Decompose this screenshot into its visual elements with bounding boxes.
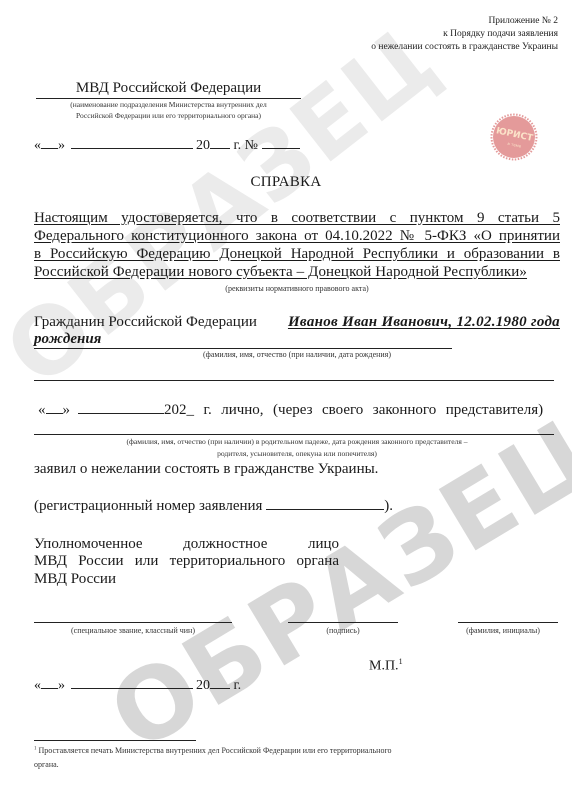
citizen-caption: (фамилия, имя, отчество (при наличии, да… xyxy=(34,350,560,359)
number-label: г. № xyxy=(234,138,259,153)
citizen-name-line-2: рождения xyxy=(34,331,101,348)
app-close-quote: » xyxy=(63,402,71,419)
citizen-name: Иванов Иван Иванович, 12.02.1980 года xyxy=(288,314,560,331)
certification-line-4: Российской Федерации нового субъекта – Д… xyxy=(34,264,527,281)
app-month-field[interactable] xyxy=(78,401,164,414)
footnote-ref: 1 xyxy=(34,746,37,751)
citizen-prefix: Гражданин Российской Федерации xyxy=(34,314,257,331)
representative-caption-1: (фамилия, имя, отчество (при наличии) в … xyxy=(34,437,560,446)
year-field[interactable] xyxy=(210,136,230,149)
citizen-line-1: Гражданин Российской Федерации Иванов Ив… xyxy=(34,314,560,331)
registration-line: (регистрационный номер заявления ). xyxy=(34,497,393,515)
seal-mark-text: М.П. xyxy=(369,659,399,674)
bottom-year-field[interactable] xyxy=(210,676,230,689)
official-line-3: МВД России xyxy=(34,571,116,588)
citizen-underline xyxy=(34,348,452,349)
lawyer-stamp-icon: ЮРИСТ в теме xyxy=(483,113,545,161)
day-field[interactable] xyxy=(41,136,58,149)
authority-name: МВД Российской Федерации xyxy=(36,80,301,97)
registration-number-field[interactable] xyxy=(266,497,384,510)
official-line-2: МВД России или территориального органа xyxy=(34,553,339,570)
official-word-2: должностное xyxy=(183,536,267,553)
footnote-line-2: органа. xyxy=(34,760,59,769)
appendix-order: к Порядку подачи заявления xyxy=(443,29,558,39)
name-caption: (фамилия, инициалы) xyxy=(446,626,560,635)
certification-line-3: в Российскую Федерацию Донецкой Народной… xyxy=(34,246,560,263)
app-open-quote: « xyxy=(38,402,46,419)
bottom-close-quote: » xyxy=(58,678,65,693)
authority-caption-1: (наименование подразделения Министерства… xyxy=(36,100,301,109)
number-field[interactable] xyxy=(262,136,300,149)
registration-label: (регистрационный номер заявления xyxy=(34,498,262,514)
representative-line[interactable] xyxy=(34,434,554,435)
bottom-date-line: «» 20 г. xyxy=(34,676,241,694)
rank-caption: (специальное звание, классный чин) xyxy=(34,626,232,635)
registration-close: ). xyxy=(384,498,393,514)
application-text: 202_ г. лично, (через своего законного п… xyxy=(164,402,543,419)
authority-caption-2: Российской Федерации или его территориал… xyxy=(36,111,301,120)
signature-caption: (подпись) xyxy=(288,626,398,635)
bottom-month-field[interactable] xyxy=(71,676,193,689)
citizen-extra-line[interactable] xyxy=(34,380,554,381)
application-line: «» 202_ г. лично, (через своего законног… xyxy=(38,401,560,419)
name-line[interactable] xyxy=(458,622,558,623)
certification-line-2: Федерального конституционного закона от … xyxy=(34,228,560,245)
month-field[interactable] xyxy=(71,136,193,149)
certification-line-1: Настоящим удостоверяется, что в соответс… xyxy=(34,210,560,227)
official-word-1: Уполномоченное xyxy=(34,536,143,553)
representative-caption-2: родителя, усыновителя, опекуна или попеч… xyxy=(34,449,560,458)
seal-footnote-ref: 1 xyxy=(399,657,403,666)
certification-caption: (реквизиты нормативного правового акта) xyxy=(0,284,572,293)
footnote-text-1: Проставляется печать Министерства внутре… xyxy=(39,746,392,755)
open-quote: « xyxy=(34,138,41,153)
signature-line[interactable] xyxy=(288,622,398,623)
issue-date-line: «» 20 г. № xyxy=(34,136,300,154)
official-word-3: лицо xyxy=(308,536,339,553)
seal-mark: М.П.1 xyxy=(369,657,403,675)
rank-line[interactable] xyxy=(34,622,232,623)
appendix-number: Приложение № 2 xyxy=(488,16,558,26)
document-title: СПРАВКА xyxy=(0,174,572,191)
bottom-year-suffix: г. xyxy=(234,678,242,693)
appendix-subject: о нежелании состоять в гражданстве Украи… xyxy=(371,42,558,52)
bottom-day-field[interactable] xyxy=(41,676,58,689)
close-quote: » xyxy=(58,138,65,153)
statement-text: заявил о нежелании состоять в гражданств… xyxy=(34,461,378,478)
year-prefix: 20 xyxy=(196,138,210,153)
footnote-line-1: 1 Проставляется печать Министерства внут… xyxy=(34,746,392,755)
bottom-year-prefix: 20 xyxy=(196,678,210,693)
official-line-1: Уполномоченное должностное лицо xyxy=(34,536,339,553)
authority-underline xyxy=(36,98,301,99)
app-day-field[interactable] xyxy=(46,401,63,414)
bottom-open-quote: « xyxy=(34,678,41,693)
footnote-separator xyxy=(34,740,196,741)
